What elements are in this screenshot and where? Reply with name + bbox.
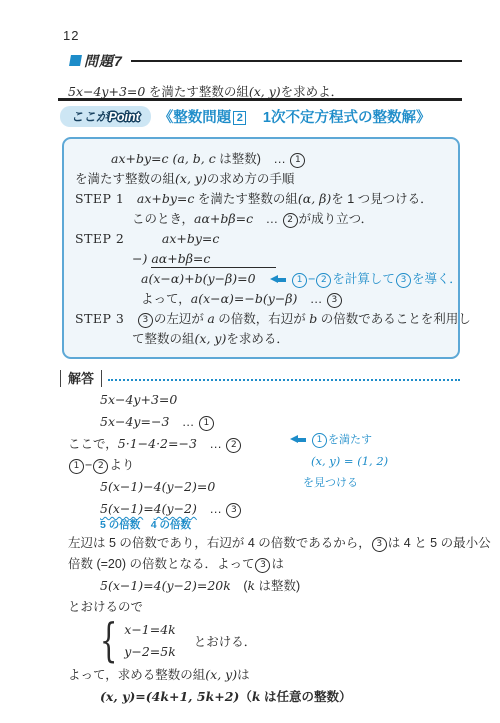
text-segment: を計算して	[332, 272, 395, 286]
step-2-label: STEP 2	[75, 231, 124, 246]
annotation-line: を見つける	[303, 473, 388, 494]
equation-line: 5x−4y+3=0	[100, 389, 460, 411]
text-line: 倍数 (=20) の倍数となる．よって3は	[68, 554, 460, 575]
text-segment: を導く．	[412, 272, 462, 286]
text-segment: −)	[132, 251, 151, 266]
text-segment: は任意の整数）	[261, 690, 352, 704]
text-segment: は	[271, 557, 284, 571]
circled-2: 2	[316, 273, 331, 288]
point-line: ax+by=c (a, b, c は整数) … 1	[111, 149, 447, 169]
annotation-line: 1を満たす	[288, 430, 388, 451]
text-segment: 左辺は 5 の倍数であり，右辺が 4 の倍数であるから，	[68, 536, 371, 550]
point-step2: STEP 2 ax+by=c	[75, 229, 447, 249]
text-segment: …	[197, 502, 225, 516]
step-1-label: STEP 1	[75, 191, 124, 206]
text-segment: よって，	[141, 292, 191, 306]
text-line: よって，求める整数の組(x, y)は	[68, 664, 460, 686]
left-arrow-icon	[290, 435, 307, 444]
circled-1: 1	[69, 459, 84, 474]
problem-divider-rule	[58, 98, 462, 101]
multiple-labels: 5 の倍数 4 の倍数	[100, 517, 460, 533]
circled-3: 3	[138, 313, 153, 328]
point-line: よって，a(x−α)=−b(y−β) … 3	[141, 289, 447, 309]
point-line: a(x−α)+b(y−β)=0 1−2を計算して3を導く．	[141, 269, 447, 289]
text-segment: を 1 つ見つける．	[331, 192, 432, 206]
text-segment: ax+by=c (a, b, c	[111, 151, 216, 166]
text-segment	[124, 232, 162, 246]
text-segment: が成り立つ．	[299, 212, 374, 226]
circled-2: 2	[226, 438, 241, 453]
left-brace: {	[100, 620, 118, 661]
text-segment: (x, y)=(4k+1, 5k+2)	[100, 689, 239, 704]
margin-annotation: 1を満たす (x, y) = (1, 2) を見つける	[288, 430, 388, 494]
text-segment: は	[237, 668, 250, 682]
point-step3: STEP 3 3の左辺が a の倍数，右辺が b の倍数であることを利用し	[75, 309, 447, 329]
text-segment: …	[253, 212, 281, 226]
circled-3: 3	[255, 558, 270, 573]
solution-section: 解答 5x−4y+3=0 5x−4y=−3 … 1 ここで，5·1−4·2=−3…	[60, 367, 460, 708]
text-segment: a	[207, 311, 214, 326]
text-segment: より	[109, 458, 134, 472]
text-segment: ここで，	[68, 437, 118, 451]
blue-square-icon	[69, 55, 82, 66]
text-segment: aα+bβ=c	[194, 211, 253, 226]
point-line: て整数の組(x, y)を求める．	[132, 329, 447, 349]
text-segment: 5(x−1)=4(y−2)=20k	[100, 578, 231, 593]
circled-3: 3	[327, 293, 342, 308]
boxed-number-2: 2	[233, 111, 246, 125]
final-answer: (x, y)=(4k+1, 5k+2)（k は任意の整数）	[100, 686, 460, 708]
point-step1: STEP 1 ax+by=c を満たす整数の組(α, β)を 1 つ見つける．	[75, 189, 447, 209]
text-segment: を満たす整数の組	[194, 192, 297, 206]
text-segment: (x, y)	[249, 84, 281, 99]
text-line: 左辺は 5 の倍数であり，右辺が 4 の倍数であるから，3は 4 と 5 の最小…	[68, 533, 460, 554]
text-segment: aα+bβ=c	[151, 251, 276, 268]
text-segment: このとき，	[132, 212, 194, 226]
text-segment: は 4 と 5 の最小公	[388, 536, 491, 550]
circled-3: 3	[226, 503, 241, 518]
point-box: ax+by=c (a, b, c は整数) … 1 を満たす整数の組(x, y)…	[62, 137, 460, 359]
text-segment: よって，求める整数の組	[68, 668, 205, 682]
text-segment: を見つける	[303, 477, 358, 489]
circled-1: 1	[199, 416, 214, 431]
text-segment: 5x−4y+3=0	[100, 392, 177, 407]
text-segment	[124, 192, 137, 206]
equation-line: ここで，5·1−4·2=−3 … 2	[68, 433, 460, 455]
text-segment: を求めよ．	[281, 85, 344, 99]
system-of-equations: { x−1=4k y−2=5k とおける．	[94, 618, 460, 664]
point-title: 《整数問題2 1次不定方程式の整数解》	[159, 106, 431, 127]
problem-header: 問題7	[70, 52, 462, 69]
text-segment: a(x−α)=−b(y−β)	[191, 291, 298, 306]
text-segment: の倍数であることを利用し	[317, 312, 470, 326]
subtraction-line: −) aα+bβ=c	[132, 249, 447, 269]
text-segment: は整数) …	[216, 152, 290, 166]
text-segment: の左辺が	[154, 312, 207, 326]
equation-line: 5(x−1)=4(y−2)=20k (k は整数)	[100, 575, 460, 597]
equation-line: 5x−4y=−3 … 1	[100, 411, 460, 433]
text-segment: −	[308, 272, 315, 286]
text-segment: 4(y−2)	[154, 501, 197, 516]
system-equations-column: x−1=4k y−2=5k	[124, 619, 176, 663]
text-segment: 5x−4y=−3	[100, 414, 169, 429]
equation-line: 5(x−1)−4(y−2)=0	[100, 476, 460, 498]
text-segment: の求め方の手順	[207, 172, 295, 186]
page-number: 12	[63, 28, 79, 43]
text-segment: (x, y) = (1, 2)	[311, 454, 388, 468]
text-segment: a(x−α)+b(y−β)=0	[141, 271, 256, 286]
equation-line: 1−2より	[68, 455, 460, 476]
text-segment: を満たす整数の組	[75, 172, 175, 186]
text-segment: x−1=4k	[124, 622, 175, 637]
circled-2: 2	[93, 459, 108, 474]
circled-1: 1	[292, 273, 307, 288]
text-segment: 5x−4y+3=0	[68, 84, 145, 99]
text-segment: …	[197, 437, 225, 451]
badge-point-word: Point	[109, 110, 140, 124]
koko-ga-point-badge: ここがPoint	[60, 106, 151, 127]
circled-1: 1	[312, 433, 327, 448]
text-segment: を満たす整数の組	[145, 85, 248, 99]
text-line: とおけるので	[68, 597, 460, 618]
text-segment: ax+by=c	[137, 191, 195, 206]
text-segment: は整数)	[255, 579, 300, 593]
text-segment: (x, y)	[205, 667, 237, 682]
text-segment: とおけるので	[68, 600, 143, 614]
text-segment	[124, 312, 137, 326]
text-segment: …	[169, 415, 197, 429]
text-segment: (	[231, 579, 248, 593]
multiple-of-4-label: 4 の倍数	[151, 519, 191, 531]
multiple-of-5-label: 5 の倍数	[100, 519, 140, 531]
text-segment	[140, 519, 151, 531]
circled-3: 3	[396, 273, 411, 288]
text-segment: の倍数，右辺が	[215, 312, 309, 326]
text-segment: (x, y)	[175, 171, 207, 186]
dotted-rule	[108, 379, 460, 381]
text-segment: 5·1−4·2=−3	[118, 436, 197, 451]
text-segment: (x, y)	[195, 331, 227, 346]
text-segment: を満たす	[328, 434, 372, 446]
text-segment: 《整数問題	[159, 110, 232, 126]
text-segment: y−2=5k	[124, 644, 176, 659]
problem-number-label: 問題7	[84, 51, 123, 71]
text-segment: （	[239, 690, 252, 704]
equation-line: x−1=4k	[124, 619, 176, 641]
circled-2: 2	[283, 213, 298, 228]
text-segment: k	[252, 689, 261, 704]
equation-line: y−2=5k	[124, 641, 176, 663]
badge-prefix: ここが	[71, 110, 109, 124]
text-segment: て整数の組	[132, 332, 195, 346]
solution-header: 解答	[60, 367, 460, 387]
step-3-label: STEP 3	[75, 311, 124, 326]
textbook-page: 12 問題7 5x−4y+3=0 を満たす整数の組(x, y)を求めよ． ここが…	[0, 0, 500, 723]
point-line: を満たす整数の組(x, y)の求め方の手順	[75, 169, 447, 189]
text-segment: …	[297, 292, 325, 306]
point-line: このとき，aα+bβ=c … 2が成り立つ．	[132, 209, 447, 229]
text-segment: 1次不定方程式の整数解》	[248, 110, 430, 126]
circled-1: 1	[290, 153, 305, 168]
header-rule	[131, 60, 462, 62]
text-segment: (α, β)	[298, 191, 331, 206]
solution-label: 解答	[60, 370, 102, 387]
text-segment: 倍数 (=20) の倍数となる．よって	[68, 557, 254, 571]
text-segment	[256, 272, 269, 286]
text-segment: ax+by=c	[162, 231, 220, 246]
text-segment: k	[247, 578, 255, 593]
system-tail-text: とおける．	[194, 632, 257, 650]
annotation-line: (x, y) = (1, 2)	[311, 451, 388, 473]
circled-3: 3	[372, 537, 387, 552]
text-segment: を求める．	[226, 332, 289, 346]
text-segment: =	[143, 501, 153, 516]
text-segment: 5(x−1)	[100, 501, 143, 516]
point-header: ここがPoint 《整数問題2 1次不定方程式の整数解》	[60, 106, 430, 127]
text-segment: 5(x−1)−4(y−2)=0	[100, 479, 215, 494]
left-arrow-icon	[270, 275, 287, 284]
text-segment: −	[85, 458, 92, 472]
